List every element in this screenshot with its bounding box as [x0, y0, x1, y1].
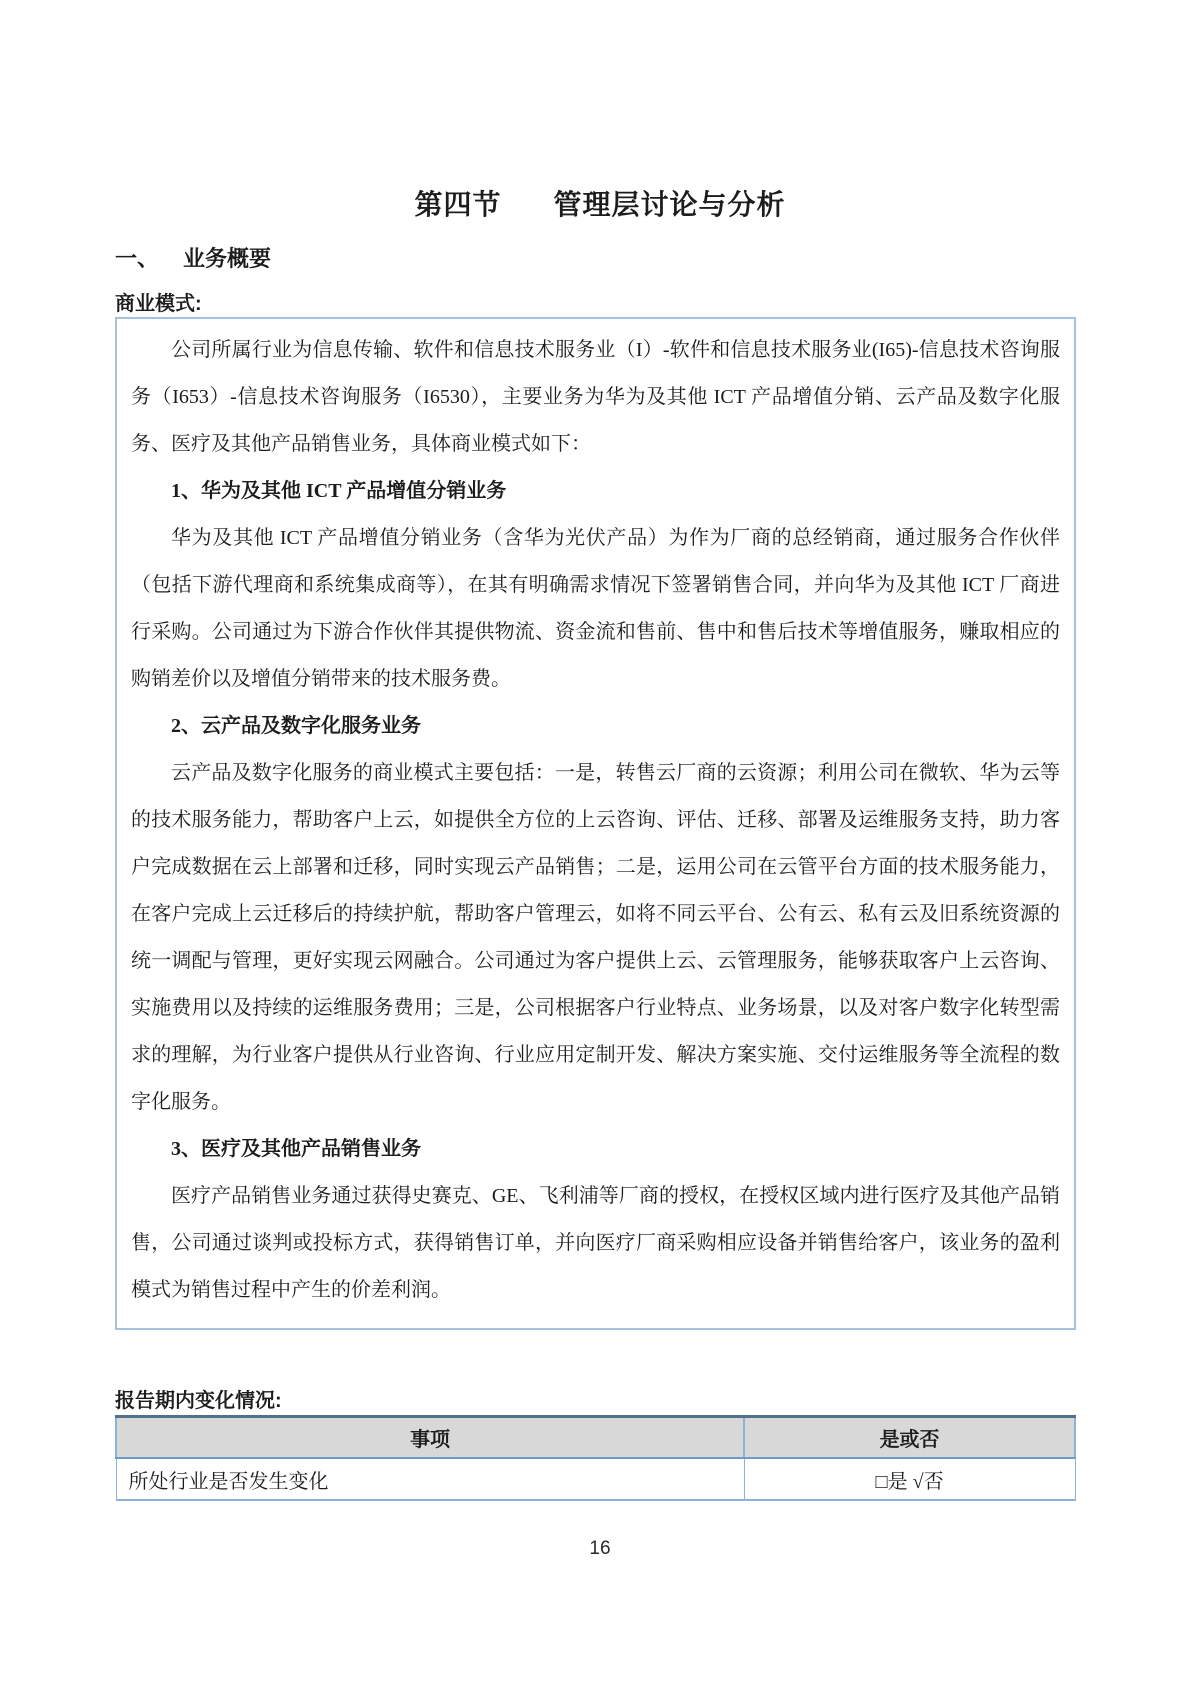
- changes-table: 事项 是或否 所处行业是否发生变化 □是 √否: [115, 1415, 1076, 1501]
- business-model-box: 公司所属行业为信息传输、软件和信息技术服务业（I）-软件和信息技术服务业(I65…: [115, 317, 1076, 1330]
- changes-label: 报告期内变化情况:: [115, 1384, 282, 1413]
- business-model-paragraph: 医疗产品销售业务通过获得史赛克、GE、飞利浦等厂商的授权，在授权区域内进行医疗及…: [131, 1173, 1060, 1314]
- page-title-text: 管理层讨论与分析: [554, 189, 786, 220]
- business-model-paragraph: 华为及其他 ICT 产品增值分销业务（含华为光伏产品）为作为厂商的总经销商，通过…: [131, 515, 1060, 703]
- section-heading-index: 一、: [115, 246, 159, 271]
- page-title: 第四节管理层讨论与分析: [0, 183, 1200, 223]
- changes-table-header-row: 事项 是或否: [116, 1417, 1075, 1459]
- table-cell-item: 所处行业是否发生变化: [116, 1458, 744, 1500]
- business-model-subheading-2: 2、云产品及数字化服务业务: [131, 703, 1060, 750]
- business-model-label: 商业模式:: [115, 287, 202, 316]
- changes-table-header-item: 事项: [116, 1417, 744, 1459]
- table-cell-answer: □是 √否: [744, 1458, 1075, 1500]
- document-page: 第四节管理层讨论与分析 一、业务概要 商业模式: 公司所属行业为信息传输、软件和…: [0, 0, 1200, 1697]
- section-heading: 一、业务概要: [115, 242, 271, 273]
- business-model-subheading-1: 1、华为及其他 ICT 产品增值分销业务: [131, 468, 1060, 515]
- table-row: 所处行业是否发生变化 □是 √否: [116, 1458, 1075, 1500]
- changes-table-header-yesno: 是或否: [744, 1417, 1075, 1459]
- page-title-section-number: 第四节: [414, 189, 501, 220]
- page-number: 16: [0, 1538, 1200, 1560]
- business-model-paragraph: 公司所属行业为信息传输、软件和信息技术服务业（I）-软件和信息技术服务业(I65…: [131, 327, 1060, 468]
- section-heading-label: 业务概要: [183, 246, 271, 271]
- business-model-subheading-3: 3、医疗及其他产品销售业务: [131, 1126, 1060, 1173]
- business-model-paragraph: 云产品及数字化服务的商业模式主要包括：一是，转售云厂商的云资源；利用公司在微软、…: [131, 750, 1060, 1126]
